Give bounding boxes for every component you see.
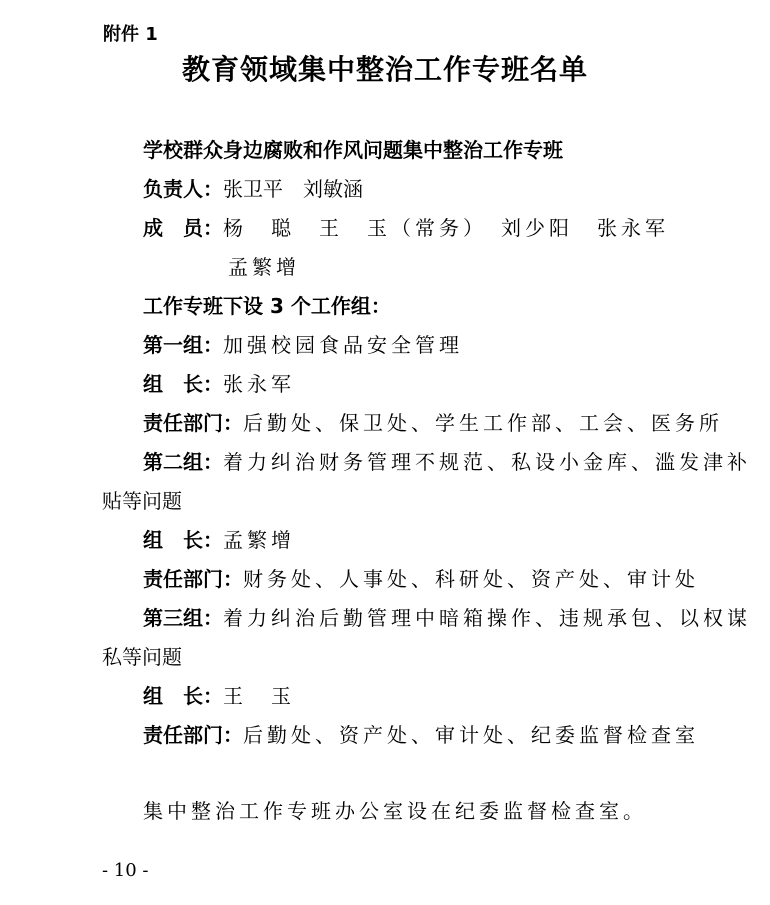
group-3-task-cont: 私等问题 — [102, 645, 182, 669]
office-note: 集中整治工作专班办公室设在纪委监督检查室。 — [143, 799, 647, 823]
group-2-task: 第二组：着力纠治财务管理不规范、私设小金库、滥发津补 — [143, 450, 751, 474]
group-label: 第三组： — [143, 606, 223, 630]
dept-value: 财务处、人事处、科研处、资产处、审计处 — [243, 567, 699, 591]
document-title: 教育领域集中整治工作专班名单 — [0, 48, 770, 88]
dept-label: 责任部门： — [143, 567, 243, 591]
group-label: 第二组： — [143, 450, 223, 474]
members-value-cont: 孟繁增 — [228, 255, 300, 279]
group-1-depts: 责任部门：后勤处、保卫处、学生工作部、工会、医务所 — [143, 411, 723, 435]
group-label: 第一组： — [143, 333, 223, 357]
leader-label: 负责人： — [143, 177, 223, 201]
subgroups-intro: 工作专班下设 3 个工作组： — [143, 294, 391, 318]
dept-value: 后勤处、保卫处、学生工作部、工会、医务所 — [243, 411, 723, 435]
head-value: 王 玉 — [223, 684, 295, 708]
team-leaders-row: 负责人：张卫平 刘敏涵 — [143, 177, 363, 201]
members-value: 杨 聪 王 玉（常务） 刘少阳 张永军 — [223, 216, 669, 240]
group-task: 加强校园食品安全管理 — [223, 333, 463, 357]
team-members-row: 成 员：杨 聪 王 玉（常务） 刘少阳 张永军 — [143, 216, 669, 240]
head-label: 组 长： — [143, 528, 223, 552]
team-name: 学校群众身边腐败和作风问题集中整治工作专班 — [143, 138, 563, 162]
dept-label: 责任部门： — [143, 411, 243, 435]
leaders-value: 张卫平 刘敏涵 — [223, 177, 363, 201]
group-2-depts: 责任部门：财务处、人事处、科研处、资产处、审计处 — [143, 567, 699, 591]
group-task: 着力纠治财务管理不规范、私设小金库、滥发津补 — [223, 450, 751, 474]
group-1-head: 组 长：张永军 — [143, 372, 295, 396]
group-3-head: 组 长：王 玉 — [143, 684, 295, 708]
group-3-depts: 责任部门：后勤处、资产处、审计处、纪委监督检查室 — [143, 723, 699, 747]
head-label: 组 长： — [143, 684, 223, 708]
group-2-head: 组 长：孟繁增 — [143, 528, 295, 552]
attachment-label: 附件 1 — [103, 20, 158, 46]
head-value: 孟繁增 — [223, 528, 295, 552]
head-label: 组 长： — [143, 372, 223, 396]
head-value: 张永军 — [223, 372, 295, 396]
dept-label: 责任部门： — [143, 723, 243, 747]
members-label: 成 员： — [143, 216, 223, 240]
group-1-task: 第一组：加强校园食品安全管理 — [143, 333, 463, 357]
group-task: 着力纠治后勤管理中暗箱操作、违规承包、以权谋 — [223, 606, 751, 630]
dept-value: 后勤处、资产处、审计处、纪委监督检查室 — [243, 723, 699, 747]
group-2-task-cont: 贴等问题 — [102, 489, 182, 513]
group-3-task: 第三组：着力纠治后勤管理中暗箱操作、违规承包、以权谋 — [143, 606, 751, 630]
page-number: - 10 - — [102, 860, 149, 881]
